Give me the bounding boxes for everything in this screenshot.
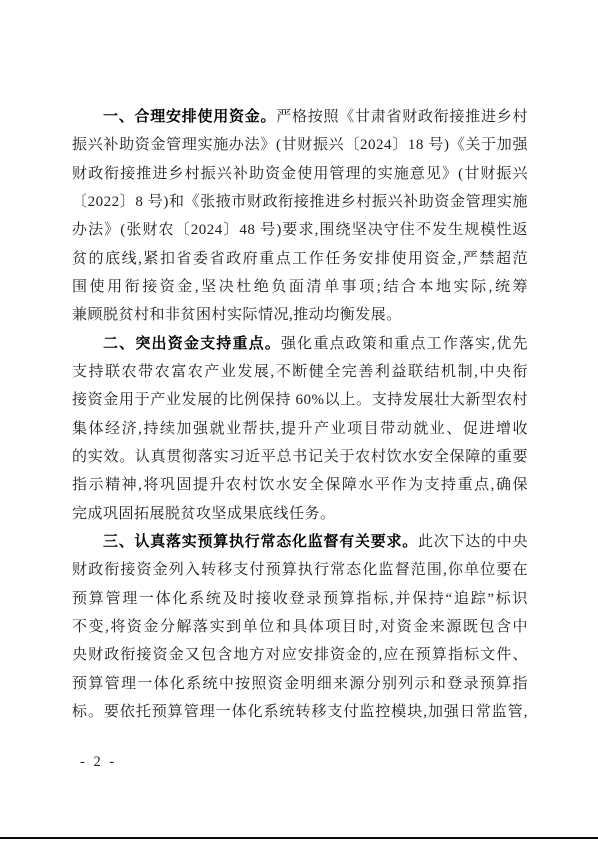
text-line: 一、合理安排使用资金。严格按照《甘肃省财政衔接推进乡村 [72,103,528,131]
section-heading-2: 二、突出资金支持重点。 [103,336,281,352]
text-line: 完成巩固拓展脱贫攻坚成果底线任务。 [72,500,528,528]
text-line: 预算管理一体化系统及时接收登录预算指标,并保持“追踪”标识 [72,585,528,613]
page-number: - 2 - [80,754,117,771]
text-line: 央财政衔接资金又包含地方对应安排资金的,应在预算指标文件、 [72,641,528,669]
body-text: 强化重点政策和重点工作落实,优先 [281,336,528,352]
text-line: 振兴补助资金管理实施办法》(甘财振兴〔2024〕18 号)《关于加强 [72,131,528,159]
text-line: 办法》(张财农〔2024〕48 号)要求,围绕坚决守住不发生规模性返 [72,216,528,244]
body-text: 严格按照《甘肃省财政衔接推进乡村 [276,109,528,125]
text-line: 财政衔接推进乡村振兴补助资金使用管理的实施意见》(甘财振兴 [72,160,528,188]
document-body: 一、合理安排使用资金。严格按照《甘肃省财政衔接推进乡村 振兴补助资金管理实施办法… [72,103,528,726]
text-line: 财政衔接资金列入转移支付预算执行常态化监督范围,你单位要在 [72,556,528,584]
text-line: 的实效。认真贯彻落实习近平总书记关于农村饮水安全保障的重要 [72,443,528,471]
document-page: 一、合理安排使用资金。严格按照《甘肃省财政衔接推进乡村 振兴补助资金管理实施办法… [0,0,598,845]
text-line: 接资金用于产业发展的比例保持 60%以上。支持发展壮大新型农村 [72,386,528,414]
text-line: 集体经济,持续加强就业帮扶,提升产业项目带动就业、促进增收 [72,415,528,443]
section-heading-3: 三、认真落实预算执行常态化监督有关要求。 [103,534,418,550]
text-line: 预算管理一体化系统中按照资金明细来源分别列示和登录预算指 [72,670,528,698]
text-line: 二、突出资金支持重点。强化重点政策和重点工作落实,优先 [72,330,528,358]
scan-edge-artifact [0,837,598,839]
text-line: 围使用衔接资金,坚决杜绝负面清单事项;结合本地实际,统筹 [72,273,528,301]
text-line: 兼顾脱贫村和非贫困村实际情况,推动均衡发展。 [72,301,528,329]
text-line: 三、认真落实预算执行常态化监督有关要求。此次下达的中央 [72,528,528,556]
text-line: 标。要依托预算管理一体化系统转移支付监控模块,加强日常监管, [72,698,528,726]
body-text: 此次下达的中央 [418,534,528,550]
section-heading-1: 一、合理安排使用资金。 [103,109,276,125]
text-line: 贫的底线,紧扣省委省政府重点工作任务安排使用资金,严禁超范 [72,245,528,273]
text-line: 指示精神,将巩固提升农村饮水安全保障水平作为支持重点,确保 [72,471,528,499]
text-line: 〔2022〕8 号)和《张掖市财政衔接推进乡村振兴补助资金管理实施 [72,188,528,216]
text-line: 不变,将资金分解落实到单位和具体项目时,对资金来源既包含中 [72,613,528,641]
text-line: 支持联农带农富农产业发展,不断健全完善利益联结机制,中央衔 [72,358,528,386]
